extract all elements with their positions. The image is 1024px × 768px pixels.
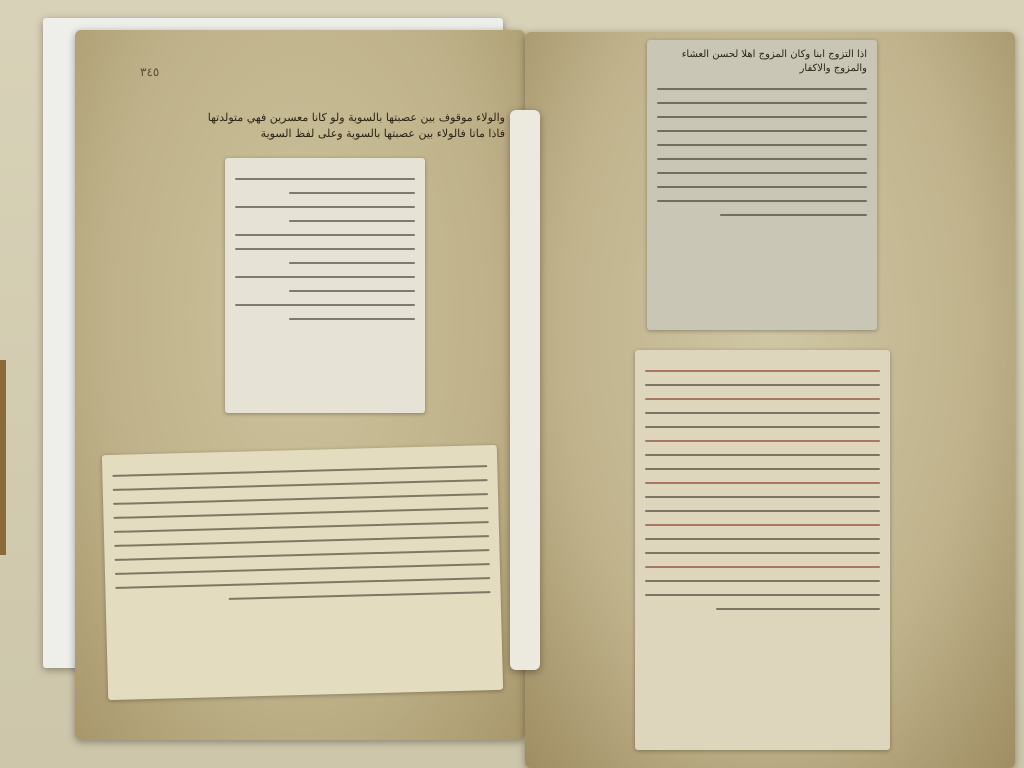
header-line: فاذا ماتا فالولاء بين عصبتها بالسوية وعل… [205,126,505,142]
pasted-note-lower-right [635,350,890,750]
manuscript-book: ٣٤٥ والولاء موقوف بين عصبتها بالسوية ولو… [15,10,1024,768]
pasted-note-lower-left [102,445,503,700]
header-line: والولاء موقوف بين عصبتها بالسوية ولو كان… [205,110,505,126]
pasted-note-upper-right: اذا التزوج ابنا وكان المزوج اهلا لحسن ال… [647,40,877,330]
wooden-stick [0,360,6,555]
pasted-note-upper-left [225,158,425,413]
folio-number: ٣٤٥ [140,65,159,79]
book-spine [510,110,540,670]
note-first-line: اذا التزوج ابنا وكان المزوج اهلا لحسن ال… [657,48,867,76]
left-page-header: والولاء موقوف بين عصبتها بالسوية ولو كان… [205,110,505,142]
